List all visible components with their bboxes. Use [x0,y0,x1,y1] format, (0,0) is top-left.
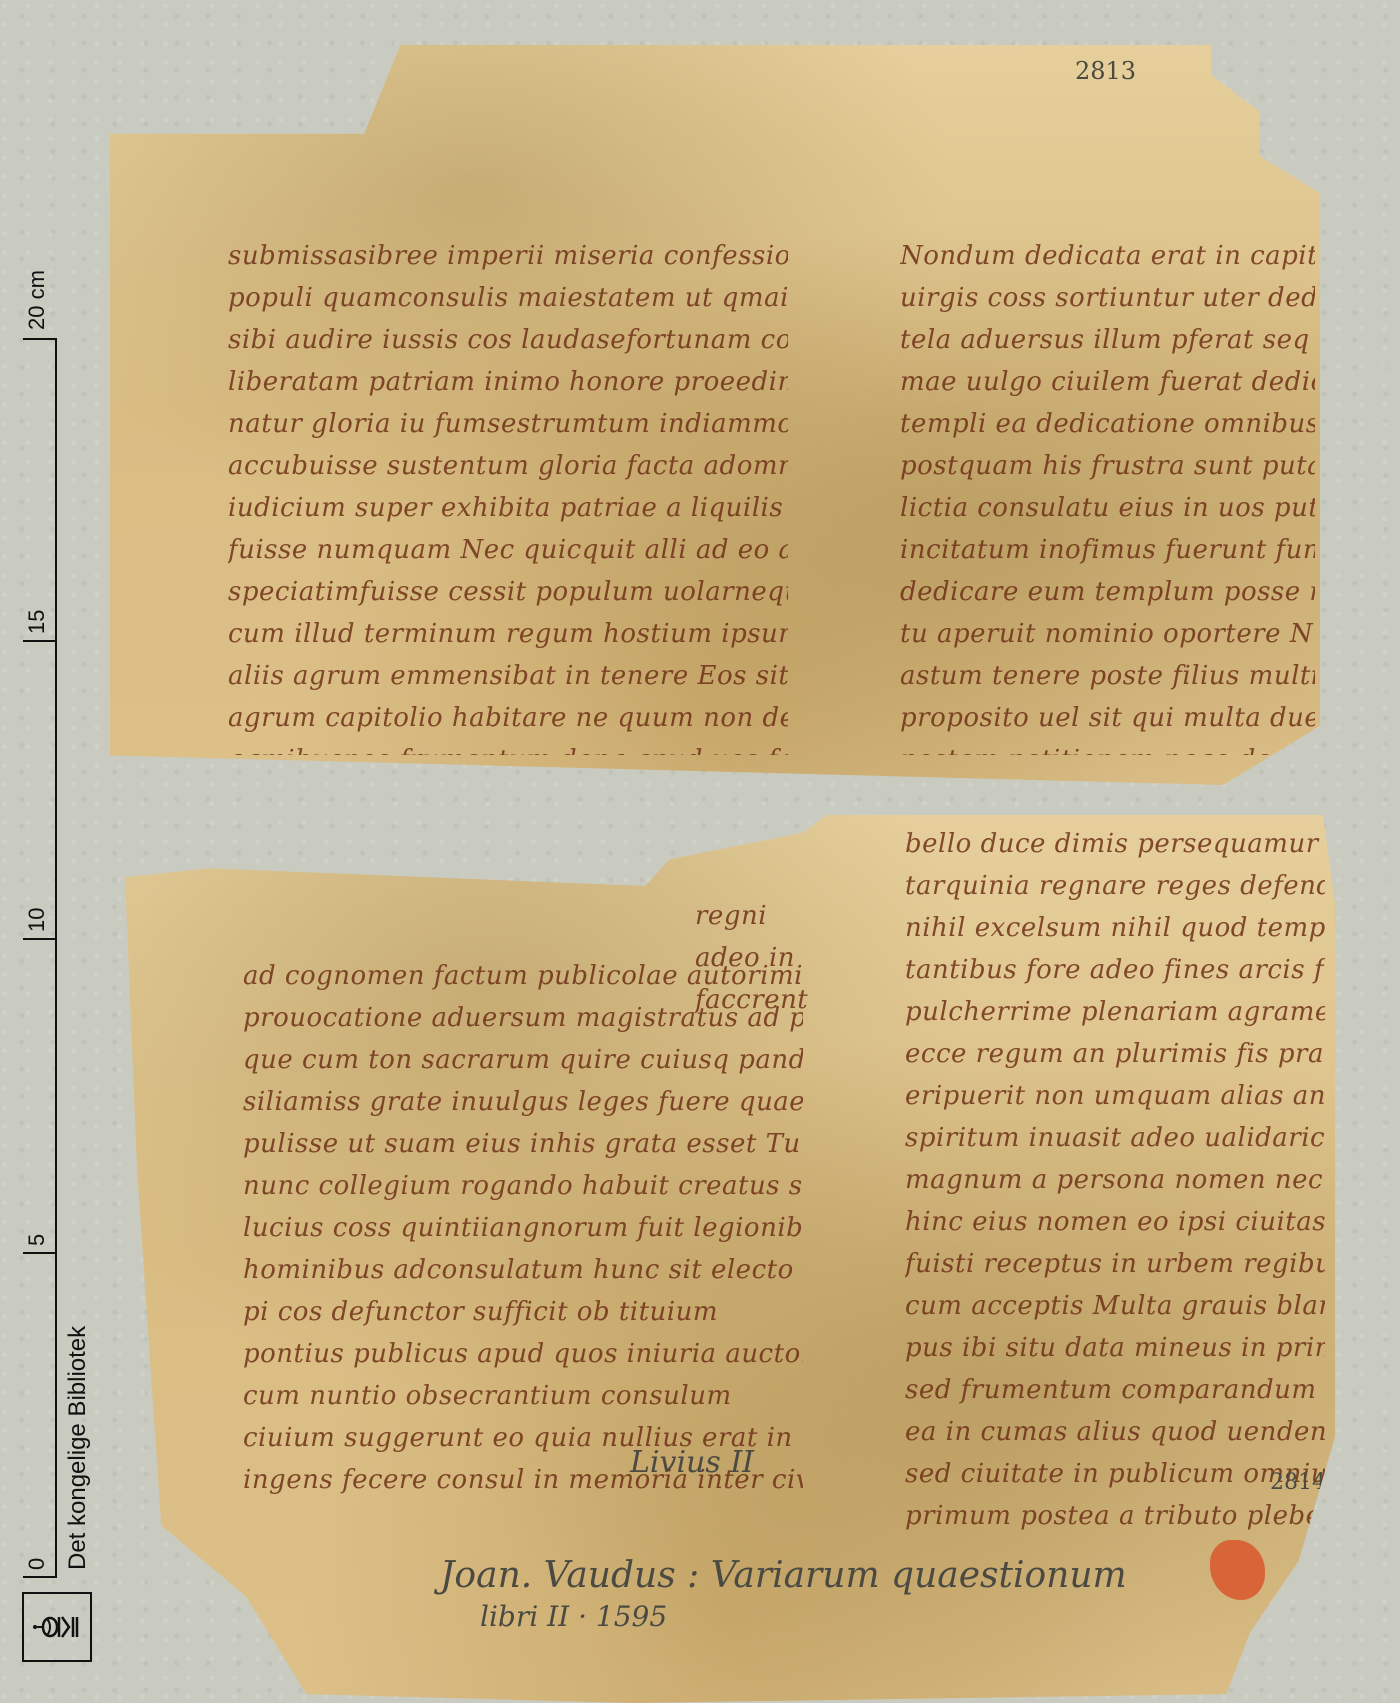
lower-right-column: bello duce dimis persequamur consultae t… [905,823,1325,1543]
text-line: proposito uel sit qui multa dues efferri [900,697,1315,739]
text-line: mae uulgo ciuilem fuerat dedicatione [900,361,1315,403]
text-line: astum tenere poste filius multitudin [900,655,1315,697]
text-line: ecce regum an plurimis fis pratus roma [905,1033,1325,1075]
text-line: lictia consulatu eius in uos putationem [900,487,1315,529]
scale-line [55,338,57,1578]
pencil-label-livius: Livius II [630,1445,754,1480]
scale-tick-10 [23,938,55,940]
scale-label-10: 10 [24,908,50,932]
shelf-number-2813: 2813 [1075,57,1136,85]
text-line: tela aduersus illum pferat seq pius qd [900,319,1315,361]
text-line: pontius publicus apud quos iniuria aucto… [243,1333,803,1375]
scale-label-20cm: 20 cm [24,270,50,330]
kb-logo [22,1592,92,1662]
scale-tick-20 [23,338,55,340]
text-line: agmibusnos frumentum dona apud uos fama [228,739,788,755]
text-line: uirgis coss sortiuntur uter dedicatio so… [900,277,1315,319]
scale-label-0: 0 [24,1558,50,1570]
scale-tick-5 [23,1252,55,1254]
text-line: Nondum dedicata erat in capitolio iouis … [900,235,1315,277]
text-line: lucius coss quintiiangnorum fuit legioni… [243,1207,803,1249]
text-line: prouocatione aduersum magistratus ad pop… [243,997,803,1039]
text-line: tarquinia regnare reges defendum quantum [905,865,1325,907]
text-line: magnum a persona nomen nec hos [905,1159,1325,1201]
text-line: sibi audire iussis cos laudasefortunam c… [228,319,788,361]
text-line: siliamiss grate inuulgus leges fuere qua… [243,1081,803,1123]
text-line: populi quamconsulis maiestatem ut qmaior… [228,277,788,319]
institution-name: Det kongelige Bibliotek [64,1326,92,1570]
text-line: pus ibi situ data mineus in primis ha [905,1327,1325,1369]
text-line: regni [695,895,835,937]
text-line: cum illud terminum regum hostium ipsum c… [228,613,788,655]
text-line: aliis agrum emmensibat in tenere Eos sit… [228,655,788,697]
text-line: submissasibree imperii miseria confessio… [228,235,788,277]
text-line: accubuisse sustentum gloria facta adomne… [228,445,788,487]
text-line: postquam his frustra sunt putauerant po [900,445,1315,487]
crown-kb-logo-icon [31,1607,83,1647]
text-line: postem petitionem page dedicata plum [900,739,1315,755]
text-line: pulcherrime plenariam agrameo romi [905,991,1325,1033]
upper-right-column: Nondum dedicata erat in capitolio iouis … [900,235,1315,755]
lower-manuscript-fragment: regni adeo in faccrent ad cognomen factu… [125,815,1335,1703]
text-line: liberatam patriam inimo honore proeedimi… [228,361,788,403]
red-wax-stain [1210,1540,1265,1600]
text-line: hinc eius nomen eo ipsi ciuitas romana p… [905,1201,1325,1243]
text-line: ea in cumas alius quod uendendi arbitriu [905,1411,1325,1453]
text-line: que cum ton sacrarum quire cuiusq pandi … [243,1039,803,1081]
shelf-number-2814: 2814 [1270,1470,1326,1495]
scale-label-5: 5 [24,1234,50,1246]
pencil-note-title: Joan. Vaudus : Variarum quaestionum [440,1555,1127,1596]
text-line: hominibus adconsulatum hunc sit electo [243,1249,803,1291]
text-line: iudicium super exhibita patriae a liquil… [228,487,788,529]
scale-tick-15 [23,640,55,642]
text-line: templi ea dedicatione omnibus nobis inpe… [900,403,1315,445]
text-line: sed ciuitate in publicum omnium [905,1453,1325,1495]
scale-tick-0 [23,1576,55,1578]
text-line: primum postea a tributo plebe liber [905,1495,1325,1537]
upper-manuscript-fragment: 2813 submissasibree imperii miseria conf… [110,45,1320,785]
text-line: bello duce dimis persequamur consultae [905,823,1325,865]
text-line: sed frumentum comparandum missi [905,1369,1325,1411]
upper-left-column: submissasibree imperii miseria confessio… [228,235,788,755]
text-line: incitatum inofimus fuerunt fun [900,529,1315,571]
text-line: agrum capitolio habitare ne quum non dex… [228,697,788,739]
text-line: fuisti receptus in urbem regibus eum se [905,1243,1325,1285]
text-line: cum nuntio obsecrantium consulum [243,1375,803,1417]
text-line: tantibus fore adeo fines arcis forte qui… [905,949,1325,991]
text-line: cum acceptis Multa grauis blandimentis [905,1285,1325,1327]
text-line: tu aperuit nominio oportere N [900,613,1315,655]
text-line: nihil excelsum nihil quod tempus erant [905,907,1325,949]
text-line: pi cos defunctor sufficit ob tituium [243,1291,803,1333]
text-line: fuisse numquam Nec quicquit alli ad eo a… [228,529,788,571]
text-line: speciatimfuisse cessit populum uolarnequ… [228,571,788,613]
text-line: eripuerit non umquam alias antea [905,1075,1325,1117]
scale-bar: 20 cm 15 10 5 0 Det kongelige Bibliotek [0,0,110,1703]
lower-left-column: ad cognomen factum publicolae autorimide… [243,955,803,1515]
text-line: spiritum inuasit adeo ualidarictum [905,1117,1325,1159]
scale-label-15: 15 [24,610,50,634]
text-line: ad cognomen factum publicolae autorimide [243,955,803,997]
text-line: dedicare eum templum posse nen [900,571,1315,613]
pencil-note-detail: libri II · 1595 [480,1600,667,1633]
text-line: nunc collegium rogando habuit creatus s … [243,1165,803,1207]
text-line: pulisse ut suam eius inhis grata esset T… [243,1123,803,1165]
text-line: natur gloria iu fumsestrumtum indiammoho… [228,403,788,445]
